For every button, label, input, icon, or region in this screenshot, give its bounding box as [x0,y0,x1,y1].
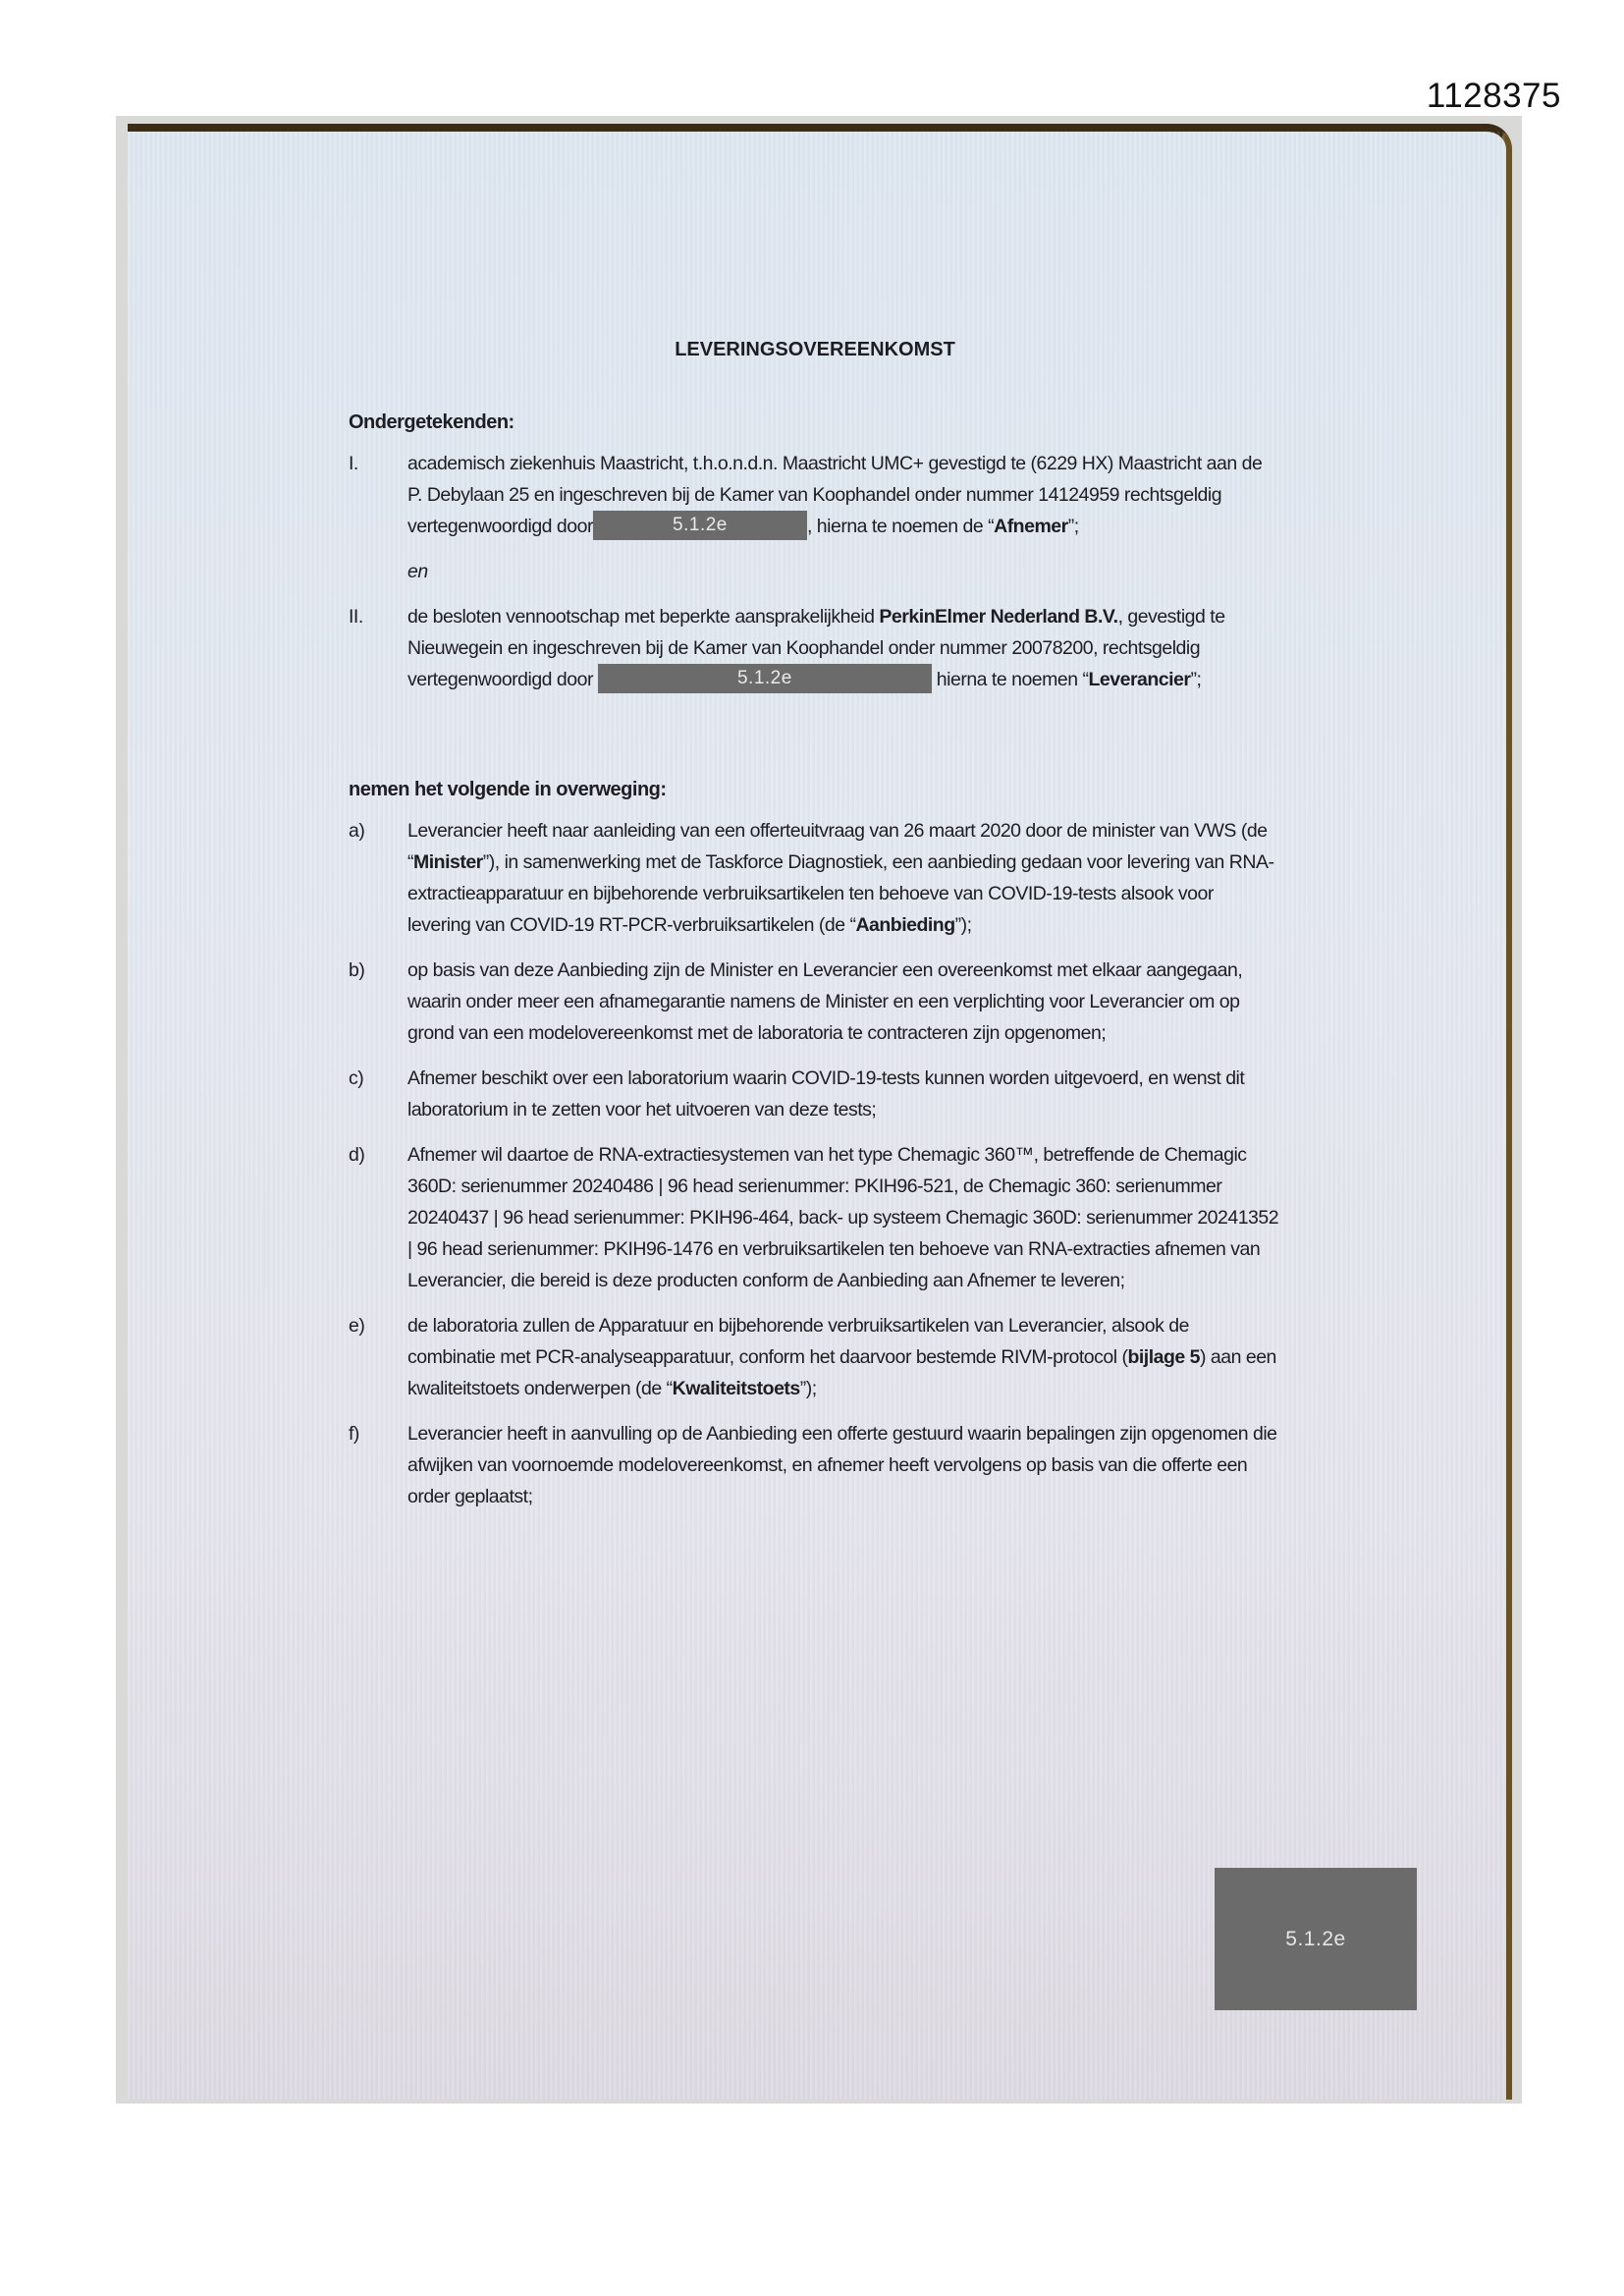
company-name: PerkinElmer Nederland B.V. [879,606,1117,628]
party-leverancier: II. de besloten vennootschap met beperkt… [349,601,1281,695]
document-id: 1128375 [1427,77,1561,116]
spacer [349,709,1281,774]
consideration-label: c) [349,1063,407,1125]
consideration-label: b) [349,955,407,1049]
consideration-item: d)Afnemer wil daartoe de RNA-extractiesy… [349,1139,1281,1296]
consideration-text: Afnemer wil daartoe de RNA-extractiesyst… [407,1139,1281,1296]
consideration-label: e) [349,1310,407,1404]
redaction-box: 5.1.2e [598,664,932,693]
redaction-block-signature: 5.1.2e [1215,1868,1417,2010]
consideration-label: f) [349,1418,407,1512]
consideration-item: c)Afnemer beschikt over een laboratorium… [349,1063,1281,1125]
consideration-text: de laboratoria zullen de Apparatuur en b… [407,1310,1281,1404]
redaction-box: 5.1.2e [593,511,807,540]
party-text: academisch ziekenhuis Maastricht, t.h.o.… [407,448,1281,542]
consideration-label: d) [349,1139,407,1296]
defined-term: Afnemer [994,516,1068,537]
consideration-text: op basis van deze Aanbieding zijn de Min… [407,955,1281,1049]
considerations-heading: nemen het volgende in overweging: [349,774,1281,805]
defined-term: Kwaliteitstoets [673,1378,800,1399]
consideration-label: a) [349,815,407,941]
consideration-text: Afnemer beschikt over een laboratorium w… [407,1063,1281,1125]
defined-term: Minister [413,851,483,873]
party-afnemer: I. academisch ziekenhuis Maastricht, t.h… [349,448,1281,542]
party-text: de besloten vennootschap met beperkte aa… [407,601,1281,695]
considerations-list: a)Leverancier heeft naar aanleiding van … [349,815,1281,1512]
signatories-heading: Ondergetekenden: [349,407,1281,438]
defined-term: Aanbieding [855,914,954,936]
consideration-item: a)Leverancier heeft naar aanleiding van … [349,815,1281,941]
defined-term: Leverancier [1089,669,1191,690]
consideration-item: e)de laboratoria zullen de Apparatuur en… [349,1310,1281,1404]
defined-term: bijlage 5 [1127,1346,1200,1368]
consideration-item: b)op basis van deze Aanbieding zijn de M… [349,955,1281,1049]
party-label: I. [349,448,407,542]
consideration-item: f)Leverancier heeft in aanvulling op de … [349,1418,1281,1512]
consideration-text: Leverancier heeft in aanvulling op de Aa… [407,1418,1281,1512]
party-label: II. [349,601,407,695]
document-body: LEVERINGSOVEREENKOMST Ondergetekenden: I… [349,334,1281,1526]
document-title: LEVERINGSOVEREENKOMST [349,334,1281,365]
conjunction: en [407,556,1281,587]
consideration-text: Leverancier heeft naar aanleiding van ee… [407,815,1281,941]
